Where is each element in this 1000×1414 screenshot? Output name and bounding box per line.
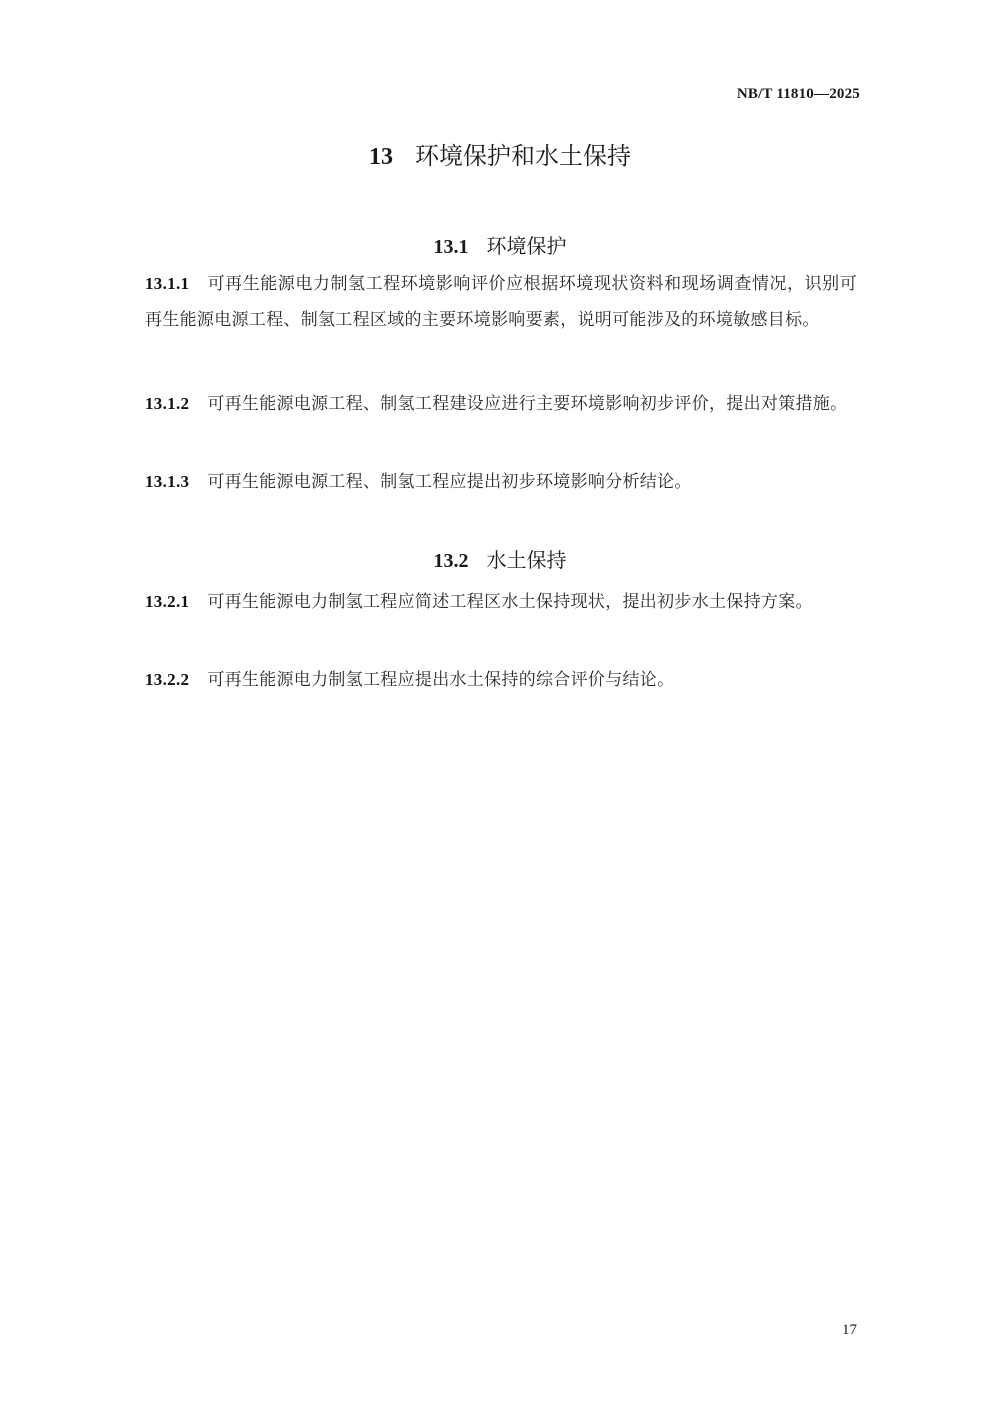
clause-text: 可再生能源电源工程、制氢工程应提出初步环境影响分析结论。: [207, 472, 691, 492]
standard-number: NB/T 11810—2025: [737, 86, 860, 103]
section-title-13-1: 13.1环境保护: [0, 230, 1000, 259]
clause-number: 13.1.2: [145, 394, 189, 413]
clause-number: 13.1.3: [145, 472, 189, 491]
clause-text: 可再生能源电源工程、制氢工程建设应进行主要环境影响初步评价，提出对策措施。: [207, 394, 847, 414]
clause-text: 可再生能源电力制氢工程环境影响评价应根据环境现状资料和现场调查情况，识别可再生能…: [145, 274, 857, 330]
clause-13-2-1: 13.2.1可再生能源电力制氢工程应简述工程区水土保持现状，提出初步水土保持方案…: [145, 584, 857, 620]
section-title-text: 环境保护: [487, 234, 567, 258]
clause-13-1-3: 13.1.3可再生能源电源工程、制氢工程应提出初步环境影响分析结论。: [145, 464, 857, 500]
chapter-number: 13: [369, 144, 393, 170]
clause-number: 13.2.2: [145, 670, 189, 689]
section-title-13-2: 13.2水土保持: [0, 544, 1000, 573]
section-number: 13.2: [434, 550, 469, 572]
page-number: 17: [842, 1322, 857, 1339]
chapter-title-text: 环境保护和水土保持: [415, 142, 631, 170]
clause-13-1-2: 13.1.2可再生能源电源工程、制氢工程建设应进行主要环境影响初步评价，提出对策…: [145, 386, 857, 422]
clause-number: 13.2.1: [145, 592, 189, 611]
section-number: 13.1: [434, 236, 469, 258]
chapter-title: 13环境保护和水土保持: [0, 136, 1000, 171]
section-title-text: 水土保持: [487, 548, 567, 572]
clause-text: 可再生能源电力制氢工程应提出水土保持的综合评价与结论。: [207, 670, 674, 690]
clause-text: 可再生能源电力制氢工程应简述工程区水土保持现状，提出初步水土保持方案。: [207, 592, 813, 612]
clause-number: 13.1.1: [145, 274, 189, 293]
clause-13-1-1: 13.1.1可再生能源电力制氢工程环境影响评价应根据环境现状资料和现场调查情况，…: [145, 266, 857, 338]
clause-13-2-2: 13.2.2可再生能源电力制氢工程应提出水土保持的综合评价与结论。: [145, 662, 857, 698]
